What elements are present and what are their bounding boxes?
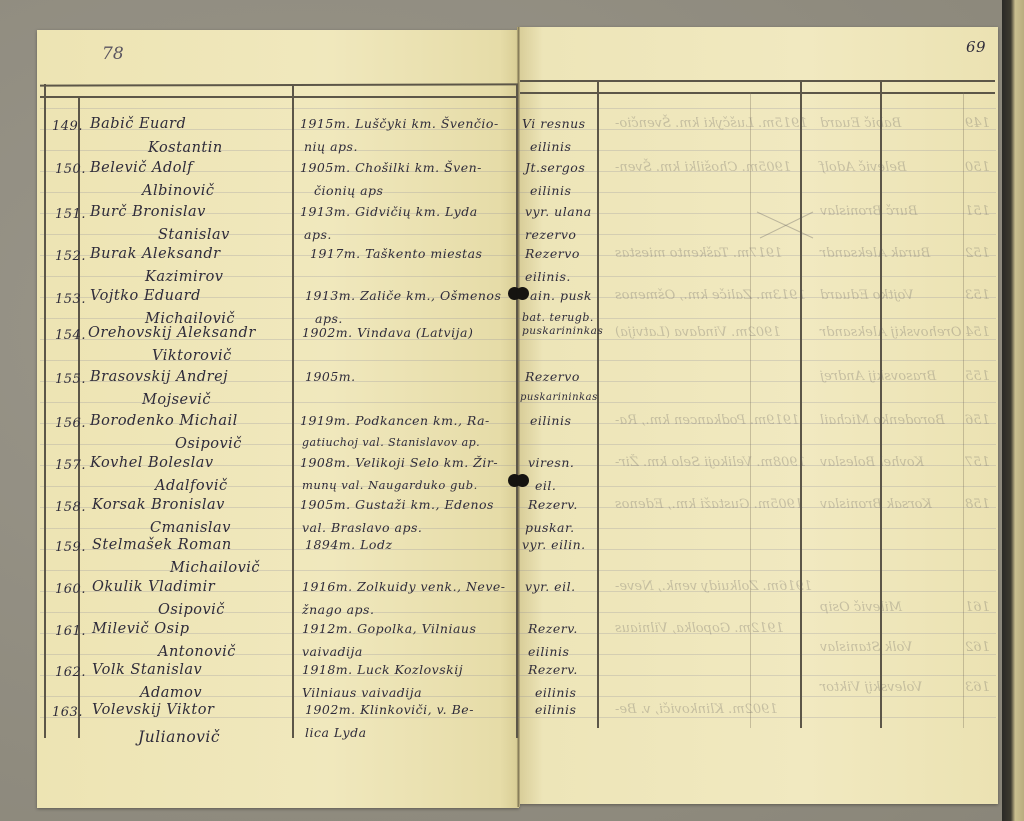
entry-status: Vi resnus	[522, 116, 586, 131]
bleed-name: Orehovskij Aleksandr	[820, 325, 961, 340]
entry-name: Burak Aleksandr	[90, 246, 221, 262]
entry-birth: 1902m. Vindava (Latvija)	[302, 325, 473, 340]
entry-status: Rezerv.	[528, 662, 578, 677]
bleed-name: Brasovskij Andrej	[820, 369, 936, 384]
col-line-name	[292, 84, 294, 738]
entry-name: Kovhel Boleslav	[90, 455, 214, 471]
entry-patronymic: Osipovič	[158, 602, 225, 618]
entry-birth: 1908m. Velikoji Selo km. Žir-	[300, 455, 498, 470]
entry-number: 156.	[55, 416, 86, 431]
entry-status-cont: eilinis	[528, 644, 569, 659]
bleed-number: 161	[965, 600, 990, 615]
entry-status: eilinis	[535, 702, 576, 717]
entry-birth: 1905m.	[305, 369, 356, 384]
col-line-margin	[44, 84, 46, 738]
bleed-birth: 1915m. Luščyki km. Švenčio-	[615, 116, 808, 131]
entry-number: 163.	[52, 705, 83, 720]
bleed-birth: 1905m. Gustaži km., Edenos	[615, 497, 803, 512]
entry-birth: 1916m. Zolkuidy venk., Neve-	[302, 579, 506, 594]
entry-name: Belevič Adolf	[90, 160, 193, 176]
bleed-number: 151	[965, 204, 990, 219]
entry-number: 159.	[55, 540, 86, 555]
bleed-name: Korsak Bronislav	[820, 497, 932, 512]
entry-birth-cont: Vilniaus vaivadija	[302, 685, 422, 700]
col-line-birth	[516, 84, 518, 738]
entry-number: 153.	[55, 292, 86, 307]
entry-patronymic: Kazimirov	[145, 269, 224, 285]
entry-status-cont: eilinis	[530, 139, 571, 154]
entry-patronymic: Kostantin	[148, 140, 223, 156]
entry-birth-cont: val. Braslavo aps.	[302, 520, 422, 535]
col-line-right-2	[880, 80, 882, 728]
entry-patronymic: Adalfovič	[155, 478, 228, 494]
bleed-name: Belevič Adolf	[820, 160, 907, 175]
bleed-name: Borodenko Michail	[820, 413, 945, 428]
entry-patronymic: Albinovič	[142, 183, 215, 199]
entry-status: Rezervo	[525, 369, 580, 384]
entry-status-cont: eilinis	[535, 685, 576, 700]
entry-status: puskarininkas	[522, 325, 603, 337]
entry-status-cont: eilinis	[530, 183, 571, 198]
entry-status-cont: bat. terugb.	[522, 311, 594, 324]
entry-name: Babič Euard	[90, 116, 186, 132]
bleed-number: 163	[965, 680, 990, 695]
bleed-number: 150	[965, 160, 990, 175]
bleed-birth: 1902m. Klinkoviči, v. Be-	[615, 702, 778, 717]
bleed-number: 154	[965, 325, 990, 340]
bleed-birth: 1919m. Podkancen km., Ra-	[615, 413, 799, 428]
entry-patronymic: Stanislav	[158, 227, 230, 243]
header-rule-bottom-left	[40, 96, 518, 98]
entry-patronymic: Michailovič	[170, 560, 260, 576]
bleed-birth: 1902m. Vindava (Latvija)	[615, 325, 781, 340]
bleed-birth: 1917m. Taškento miestas	[615, 246, 782, 261]
entry-birth: 1918m. Luck Kozlovskij	[302, 662, 463, 677]
col-line-status	[597, 80, 599, 728]
bleed-number: 158	[965, 497, 990, 512]
entry-name: Volevskij Viktor	[92, 702, 214, 718]
page-number: 69	[966, 38, 986, 56]
bleed-number: 157	[965, 455, 990, 470]
entry-name: Okulik Vladimir	[92, 579, 215, 595]
entry-birth-cont: čionių aps	[314, 183, 383, 198]
bleed-name: Kovhel Boleslav	[820, 455, 924, 470]
entry-status: ain. pusk	[530, 288, 592, 303]
entry-birth: 1894m. Lodz	[305, 537, 393, 552]
bleed-name: Volevskij Viktor	[820, 680, 923, 695]
entry-name: Orehovskij Aleksandr	[88, 325, 256, 341]
entry-name: Burč Bronislav	[90, 204, 206, 220]
pencil-folio-note: 78	[102, 44, 124, 64]
bleed-birth: 1908m. Velikoji Selo km. Žir-	[615, 455, 806, 470]
bleed-number: 155	[965, 369, 990, 384]
cross-mark	[755, 210, 815, 240]
entry-birth: 1917m. Taškento miestas	[310, 246, 482, 261]
entry-birth: 1905m. Gustaži km., Edenos	[300, 497, 494, 512]
entry-number: 157.	[55, 458, 86, 473]
entry-status-cont: puskar.	[525, 520, 575, 535]
entry-name: Korsak Bronislav	[92, 497, 225, 513]
bleed-name: Babič Euard	[820, 116, 901, 131]
entry-number: 162.	[55, 665, 86, 680]
entry-status-cont: eil.	[535, 478, 556, 493]
entry-patronymic: Viktorovič	[152, 348, 232, 364]
entry-number: 155.	[55, 372, 86, 387]
entry-number: 150.	[55, 162, 86, 177]
entry-birth: 1915m. Luščyki km. Švenčio-	[300, 116, 499, 131]
faint-col-line-2	[963, 92, 964, 728]
entry-status: Jt.sergos	[525, 160, 585, 175]
entry-patronymic: Osipovič	[175, 436, 242, 452]
entry-birth-cont: žnago aps.	[302, 602, 374, 617]
entry-birth: 1913m. Zaliče km., Ošmenos	[305, 288, 501, 303]
bleed-number: 152	[965, 246, 990, 261]
entry-name: Stelmašek Roman	[92, 537, 232, 553]
entry-number: 151.	[55, 207, 86, 222]
col-line-right-1	[800, 80, 802, 728]
entry-birth-cont: nių aps.	[304, 139, 358, 154]
bleed-name: Milevič Osip	[820, 600, 902, 615]
entry-number: 158.	[55, 500, 86, 515]
entry-status: vyr. eil.	[525, 579, 576, 594]
punch-hole-top-b	[516, 287, 529, 300]
entry-birth: 1905m. Chošilki km. Šven-	[300, 160, 482, 175]
entry-number: 152.	[55, 249, 86, 264]
entry-number: 154.	[55, 328, 86, 343]
entry-status-cont: puskarininkas	[520, 392, 598, 403]
entry-birth-cont: vaivadija	[302, 644, 363, 659]
entry-name: Brasovskij Andrej	[90, 369, 228, 385]
bleed-number: 156	[965, 413, 990, 428]
entry-birth-cont: munų val. Naugarduko gub.	[302, 478, 478, 492]
entry-patronymic: Mojsevič	[142, 392, 211, 408]
bleed-birth: 1912m. Gopolka, Vilniaus	[615, 621, 784, 636]
entry-status: Rezerv.	[528, 621, 578, 636]
bleed-number: 162	[965, 640, 990, 655]
entry-name: Vojtko Eduard	[90, 288, 201, 304]
entry-birth: 1902m. Klinkoviči, v. Be-	[305, 702, 474, 717]
entry-number: 149.	[52, 119, 83, 134]
entry-status: eilinis	[530, 413, 571, 428]
entry-status-cont: rezervo	[525, 227, 576, 242]
entry-birth: 1913m. Gidvičių km. Lyda	[300, 204, 478, 219]
entry-status: viresn.	[528, 455, 574, 470]
header-rule-top-right	[520, 80, 995, 82]
entry-birth-cont: aps.	[304, 227, 332, 242]
entry-birth: 1919m. Podkancen km., Ra-	[300, 413, 490, 428]
entry-birth-cont: aps.	[315, 311, 343, 326]
entry-status-cont: eilinis.	[525, 269, 571, 284]
entry-name: Borodenko Michail	[90, 413, 238, 429]
entry-number: 161.	[55, 624, 86, 639]
header-rule-bottom-right	[520, 92, 995, 94]
binder-spine	[1002, 0, 1024, 821]
entry-name: Milevič Osip	[92, 621, 190, 637]
entry-status: vyr. eilin.	[522, 537, 586, 552]
punch-hole-bottom-b	[516, 474, 529, 487]
entry-status: Rezerv.	[528, 497, 578, 512]
entry-status: Rezervo	[525, 246, 580, 261]
entry-birth: 1912m. Gopolka, Vilniaus	[302, 621, 476, 636]
bleed-number: 153	[965, 288, 990, 303]
bleed-name: Burč Bronislav	[820, 204, 918, 219]
bleed-birth: 1913m. Zaliče km., Ošmenos	[615, 288, 806, 303]
bleed-name: Burak Aleksandr	[820, 246, 930, 261]
entry-patronymic: Cmanislav	[150, 520, 231, 536]
entry-birth-cont: lica Lyda	[305, 725, 367, 740]
entry-patronymic: Antonovič	[158, 644, 236, 660]
bleed-name: Vojtko Eduard	[820, 288, 914, 303]
bleed-number: 149	[965, 116, 990, 131]
bleed-birth: 1916m. Zolkuidy venk., Neve-	[615, 579, 812, 594]
entry-number: 160.	[55, 582, 86, 597]
entry-patronymic: Julianovič	[138, 728, 220, 746]
entry-birth-cont: gatiuchoj val. Stanislavov ap.	[302, 436, 480, 449]
bleed-birth: 1905m. Chošilki km. Šven-	[615, 160, 791, 175]
entry-patronymic: Adamov	[140, 685, 202, 701]
entry-status: vyr. ulana	[525, 204, 592, 219]
entry-name: Volk Stanislav	[92, 662, 202, 678]
bleed-name: Volk Stanislav	[820, 640, 913, 655]
